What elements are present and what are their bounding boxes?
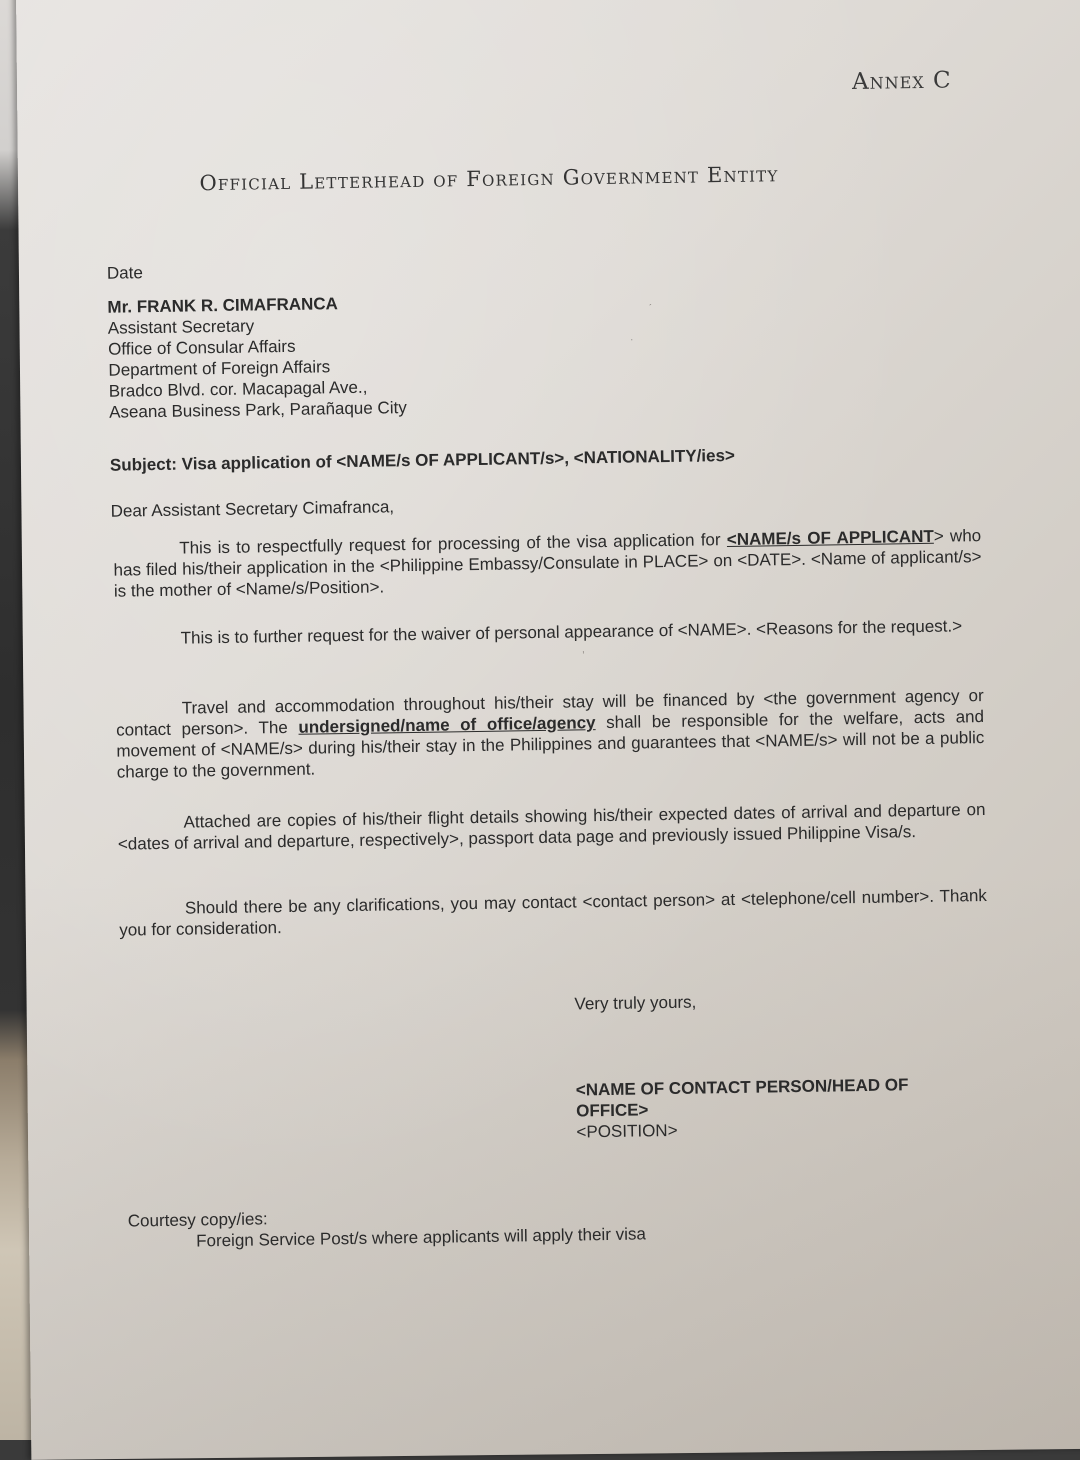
closing: Very truly yours, [574, 992, 696, 1015]
courtesy-copy: Courtesy copy/ies: Foreign Service Post/… [128, 1202, 646, 1252]
letterhead-title: Official Letterhead of Foreign Governmen… [199, 162, 778, 195]
signature-block: <NAME OF CONTACT PERSON/HEAD OF OFFICE> … [576, 1073, 977, 1142]
paragraph-financing: Travel and accommodation throughout his/… [116, 685, 985, 783]
paragraph-attachments-text: Attached are copies of his/their flight … [118, 800, 986, 854]
letter-document: Annex C Official Letterhead of Foreign G… [0, 0, 1080, 1440]
paper-speck: , [582, 644, 585, 655]
signatory-name: <NAME OF CONTACT PERSON/HEAD OF OFFICE> [576, 1073, 977, 1121]
salutation: Dear Assistant Secretary Cimafranca, [111, 496, 395, 521]
paragraph-attachments: Attached are copies of his/their flight … [117, 799, 986, 855]
paper-speck: · [630, 334, 634, 345]
office-agency-placeholder: undersigned/name of office/agency [298, 713, 595, 737]
subject-line: Subject: Visa application of <NAME/s OF … [110, 445, 735, 476]
paragraph-waiver: This is to further request for the waive… [115, 615, 983, 650]
paragraph-contact-text: Should there be any clarifications, you … [119, 886, 987, 940]
paper-speck: ˊ [648, 303, 652, 314]
paragraph-contact: Should there be any clarifications, you … [119, 885, 988, 941]
recipient-address: Mr. FRANK R. CIMAFRANCA Assistant Secret… [107, 292, 407, 423]
recipient-city: Aseana Business Park, Parañaque City [109, 397, 407, 423]
annex-label: Annex C [852, 67, 952, 95]
paragraph-request: This is to respectfully request for proc… [113, 525, 982, 602]
paragraph-waiver-text: This is to further request for the waive… [181, 616, 963, 647]
date-label: Date [107, 262, 143, 284]
applicant-name-placeholder: <NAME/s OF APPLICANT [727, 527, 934, 549]
